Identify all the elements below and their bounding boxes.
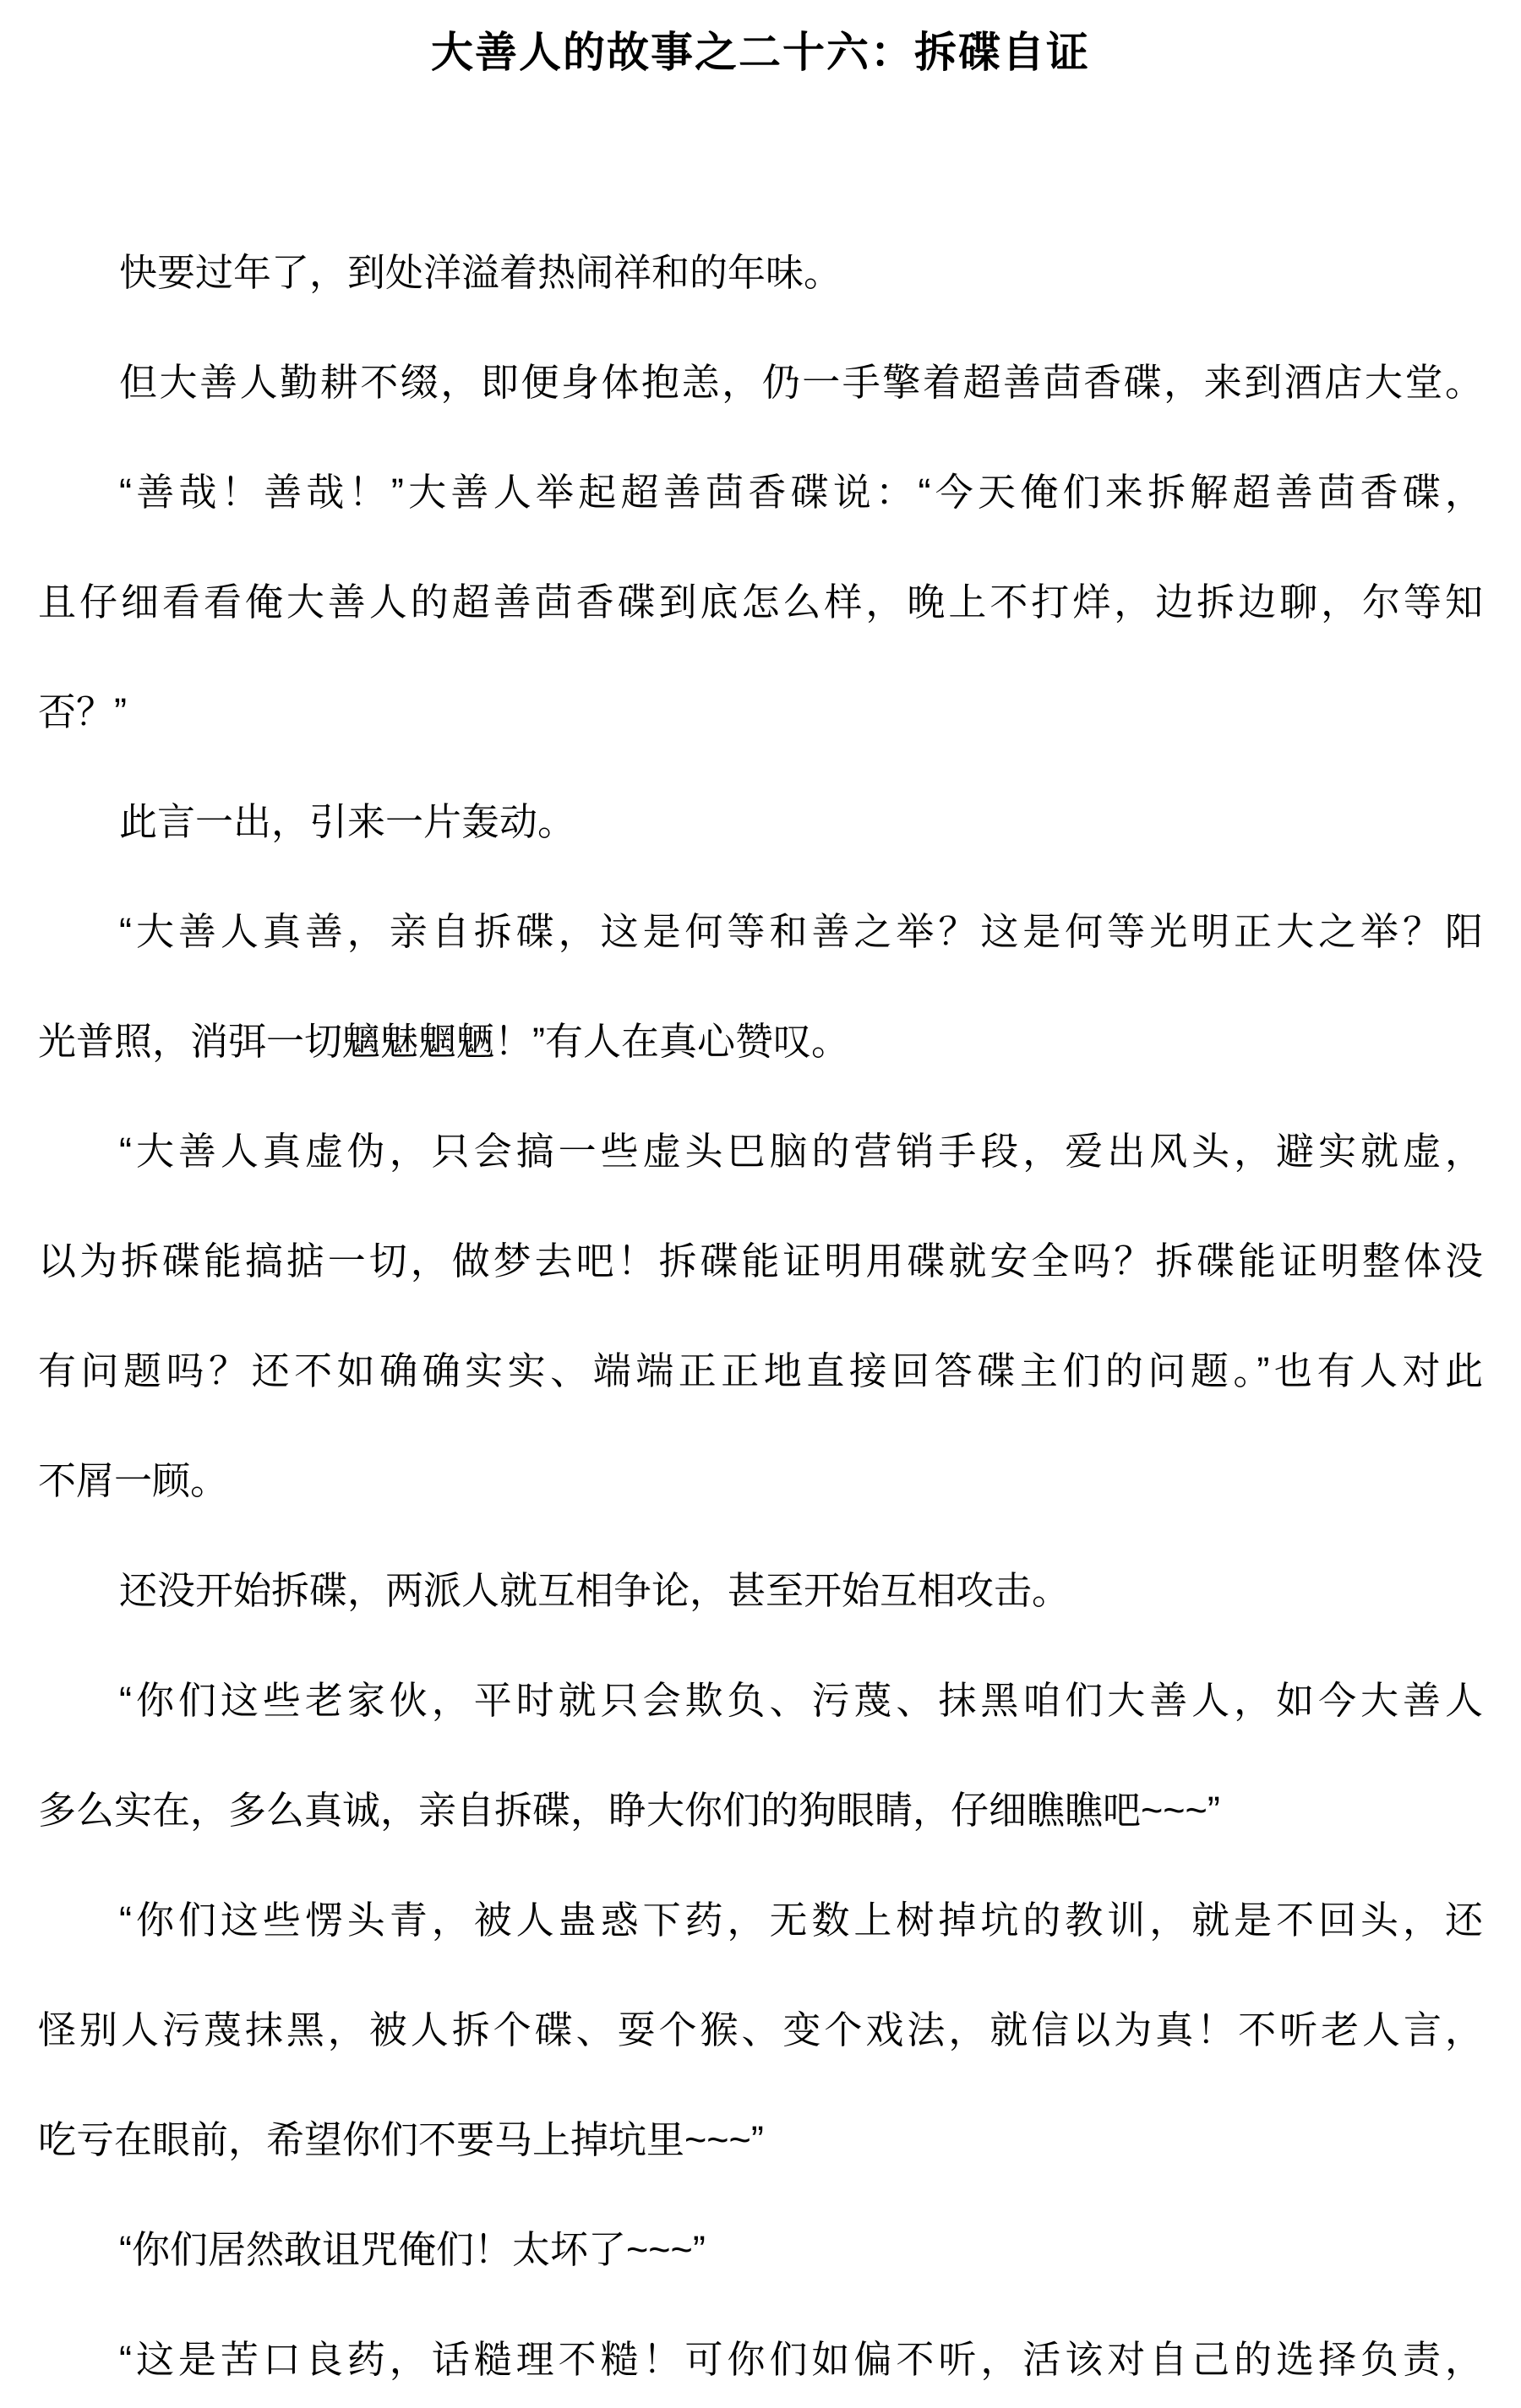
- paragraph: 还没开始拆碟，两派人就互相争论，甚至开始互相攻击。: [38, 1536, 1483, 1646]
- article-body: 快要过年了，到处洋溢着热闹祥和的年味。但大善人勤耕不缀，即便身体抱恙，仍一手擎着…: [0, 218, 1521, 2408]
- text-line: 快要过年了，到处洋溢着热闹祥和的年味。: [38, 218, 1483, 328]
- paragraph: “大善人真虚伪，只会搞一些虚头巴脑的营销手段，爱出风头，避实就虚，以为拆碟能搞掂…: [38, 1097, 1483, 1536]
- text-line: “大善人真善，亲自拆碟，这是何等和善之举？这是何等光明正大之举？阳: [38, 877, 1483, 987]
- paragraph: 但大善人勤耕不缀，即便身体抱恙，仍一手擎着超善茴香碟，来到酒店大堂。: [38, 328, 1483, 438]
- text-line: “你们这些愣头青，被人蛊惑下药，无数上树掉坑的教训，就是不回头，还: [38, 1866, 1483, 1975]
- paragraph: “善哉！善哉！”大善人举起超善茴香碟说：“今天俺们来拆解超善茴香碟，且仔细看看俺…: [38, 438, 1483, 767]
- text-line: 此言一出，引来一片轰动。: [38, 767, 1483, 877]
- text-line: 多么实在，多么真诚，亲自拆碟，睁大你们的狗眼睛，仔细瞧瞧吧~~~”: [38, 1756, 1483, 1866]
- text-line: “大善人真虚伪，只会搞一些虚头巴脑的营销手段，爱出风头，避实就虚，: [38, 1097, 1483, 1207]
- text-line: “这是苦口良药，话糙理不糙！可你们如偏不听，活该对自己的选择负责，: [38, 2305, 1483, 2408]
- text-line: 吃亏在眼前，希望你们不要马上掉坑里~~~”: [38, 2085, 1483, 2195]
- text-line: “你们这些老家伙，平时就只会欺负、污蔑、抹黑咱们大善人，如今大善人: [38, 1646, 1483, 1756]
- paragraph: “大善人真善，亲自拆碟，这是何等和善之举？这是何等光明正大之举？阳光普照，消弭一…: [38, 877, 1483, 1097]
- paragraph: 此言一出，引来一片轰动。: [38, 767, 1483, 877]
- text-line: 以为拆碟能搞掂一切，做梦去吧！拆碟能证明用碟就安全吗？拆碟能证明整体没: [38, 1207, 1483, 1316]
- text-line: “你们居然敢诅咒俺们！太坏了~~~”: [38, 2195, 1483, 2305]
- paragraph: 快要过年了，到处洋溢着热闹祥和的年味。: [38, 218, 1483, 328]
- text-line: 还没开始拆碟，两派人就互相争论，甚至开始互相攻击。: [38, 1536, 1483, 1646]
- text-line: “善哉！善哉！”大善人举起超善茴香碟说：“今天俺们来拆解超善茴香碟，: [38, 438, 1483, 548]
- text-line: 光普照，消弭一切魑魅魍魉！”有人在真心赞叹。: [38, 987, 1483, 1097]
- text-line: 否？”: [38, 657, 1483, 767]
- paragraph: “你们居然敢诅咒俺们！太坏了~~~”: [38, 2195, 1483, 2305]
- text-line: 但大善人勤耕不缀，即便身体抱恙，仍一手擎着超善茴香碟，来到酒店大堂。: [38, 328, 1483, 438]
- text-line: 怪别人污蔑抹黑，被人拆个碟、耍个猴、变个戏法，就信以为真！不听老人言，: [38, 1975, 1483, 2085]
- text-line: 不屑一顾。: [38, 1426, 1483, 1536]
- text-line: 有问题吗？还不如确确实实、端端正正地直接回答碟主们的问题。”也有人对此: [38, 1316, 1483, 1426]
- paragraph: “你们这些愣头青，被人蛊惑下药，无数上树掉坑的教训，就是不回头，还怪别人污蔑抹黑…: [38, 1866, 1483, 2195]
- text-line: 且仔细看看俺大善人的超善茴香碟到底怎么样，晚上不打烊，边拆边聊，尔等知: [38, 548, 1483, 657]
- paragraph: “你们这些老家伙，平时就只会欺负、污蔑、抹黑咱们大善人，如今大善人多么实在，多么…: [38, 1646, 1483, 1866]
- document-page: 大善人的故事之二十六：拆碟自证 快要过年了，到处洋溢着热闹祥和的年味。但大善人勤…: [0, 0, 1521, 2408]
- paragraph: “这是苦口良药，话糙理不糙！可你们如偏不听，活该对自己的选择负责，: [38, 2305, 1483, 2408]
- page-title: 大善人的故事之二十六：拆碟自证: [0, 27, 1521, 78]
